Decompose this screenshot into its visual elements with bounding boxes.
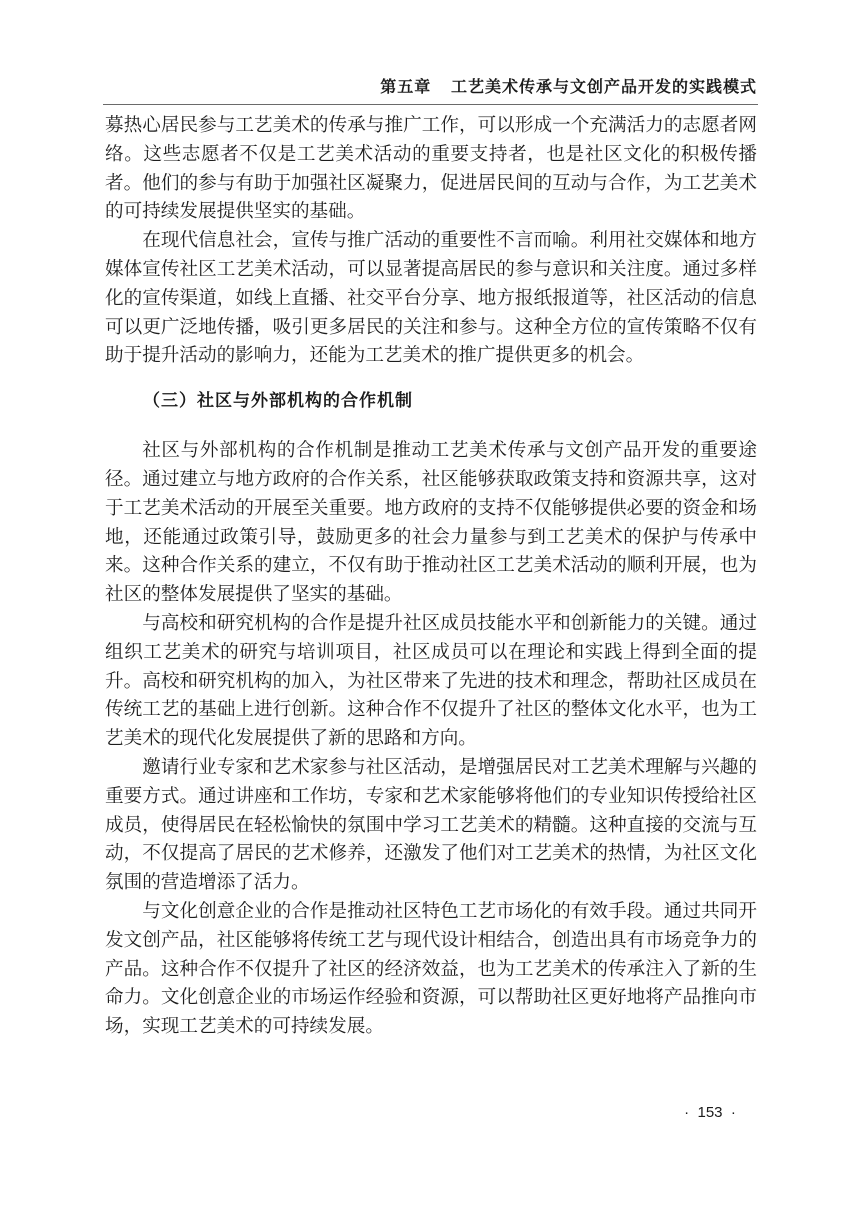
book-page: 第五章 工艺美术传承与文创产品开发的实践模式 募热心居民参与工艺美术的传承与推广… [0,0,860,1208]
chapter-number: 第五章 [380,77,431,96]
chapter-title: 工艺美术传承与文创产品开发的实践模式 [451,77,757,96]
page-number: · 153 · [665,1104,755,1121]
paragraph: 与文化创意企业的合作是推动社区特色工艺市场化的有效手段。通过共同开发文创产品，社… [105,898,757,1042]
paragraph: 社区与外部机构的合作机制是推动工艺美术传承与文创产品开发的重要途径。通过建立与地… [105,437,757,610]
paragraph: 邀请行业专家和艺术家参与社区活动，是增强居民对工艺美术理解与兴趣的重要方式。通过… [105,754,757,898]
header-rule [103,104,758,105]
paragraph: 募热心居民参与工艺美术的传承与推广工作，可以形成一个充满活力的志愿者网络。这些志… [105,112,757,227]
running-head: 第五章 工艺美术传承与文创产品开发的实践模式 [380,74,757,97]
body-text: 募热心居民参与工艺美术的传承与推广工作，可以形成一个充满活力的志愿者网络。这些志… [105,112,757,1042]
section-heading: （三）社区与外部机构的合作机制 [143,387,757,415]
head-spacer [431,77,451,96]
paragraph: 与高校和研究机构的合作是提升社区成员技能水平和创新能力的关键。通过组织工艺美术的… [105,610,757,754]
paragraph: 在现代信息社会，宣传与推广活动的重要性不言而喻。利用社交媒体和地方媒体宣传社区工… [105,227,757,371]
